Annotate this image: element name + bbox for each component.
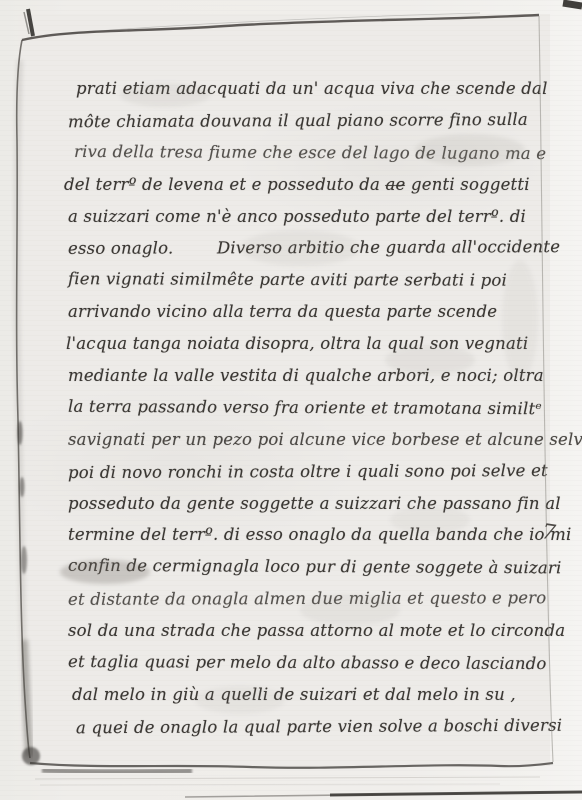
manuscript-line: confin de cermignagla loco pur di gente … [68, 550, 550, 584]
manuscript-line: esso onaglo. Diverso arbitio che guarda … [68, 232, 550, 266]
scanned-manuscript-page: prati etiam adacquati da un' acqua viva … [0, 0, 582, 800]
manuscript-line: riva della tresa fiume che esce del lago… [74, 136, 550, 170]
manuscript-line: fien vignati similmête parte aviti parte… [68, 264, 550, 298]
manuscript-line: a suizzari come n'è anco posseduto parte… [68, 201, 550, 233]
manuscript-line: dal melo in giù a quelli de suizari et d… [72, 679, 550, 711]
manuscript-line: a quei de onaglo la qual parte vien solv… [76, 710, 550, 744]
manuscript-line: posseduto da gente soggette a suizzari c… [68, 488, 550, 520]
manuscript-line: l'acqua tanga noiata disopra, oltra la q… [66, 328, 550, 360]
manuscript-line: termine del terrº. di esso onaglo da que… [68, 519, 550, 551]
manuscript-line: sol da una strada che passa attorno al m… [68, 615, 550, 647]
manuscript-line: del terrº de levena et e posseduto da a̶… [64, 169, 550, 201]
manuscript-line: et taglia quasi per melo da alto abasso … [68, 646, 550, 680]
manuscript-line: poi di novo ronchi in costa oltre i qual… [68, 455, 550, 489]
manuscript-line: la terra passando verso fra oriente et t… [68, 391, 550, 425]
manuscript-line: arrivando vicino alla terra da questa pa… [68, 296, 550, 328]
manuscript-text: prati etiam adacquati da un' acqua viva … [68, 73, 550, 743]
manuscript-line: savignati per un pezo poi alcune vice bo… [68, 424, 550, 456]
manuscript-line: môte chiamata douvana il qual piano scor… [68, 104, 550, 138]
manuscript-line: prati etiam adacquati da un' acqua viva … [76, 73, 550, 105]
manuscript-line: et distante da onagla almen due miglia e… [68, 582, 550, 616]
manuscript-line: mediante la valle vestita di qualche arb… [68, 360, 550, 392]
